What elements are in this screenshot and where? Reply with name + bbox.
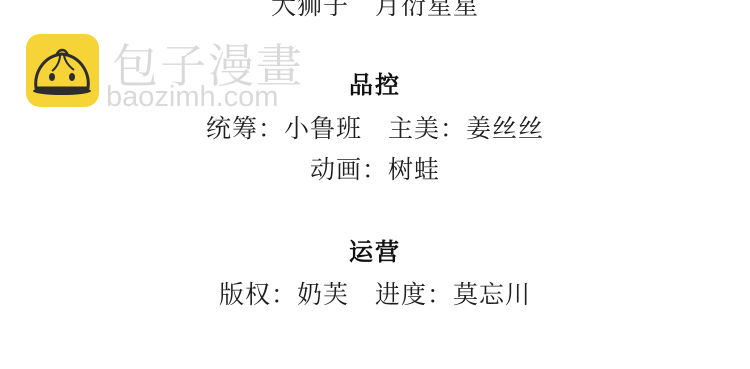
bun-mascot-icon xyxy=(26,34,99,107)
watermark-site: baozimh.com xyxy=(106,81,278,114)
section-heading-operations: 运营 xyxy=(0,232,750,267)
credit-line-coordination-art: 统筹：小鲁班 主美：姜丝丝 xyxy=(0,109,750,145)
credits-line-partial: 大狮子 月衍星星 xyxy=(0,0,750,22)
credit-line-copyright-progress: 版权：奶芙 进度：莫忘川 xyxy=(0,275,750,311)
site-watermark: 包子漫畫 baozimh.com xyxy=(26,34,326,114)
credit-line-animation: 动画：树蛙 xyxy=(0,150,750,186)
